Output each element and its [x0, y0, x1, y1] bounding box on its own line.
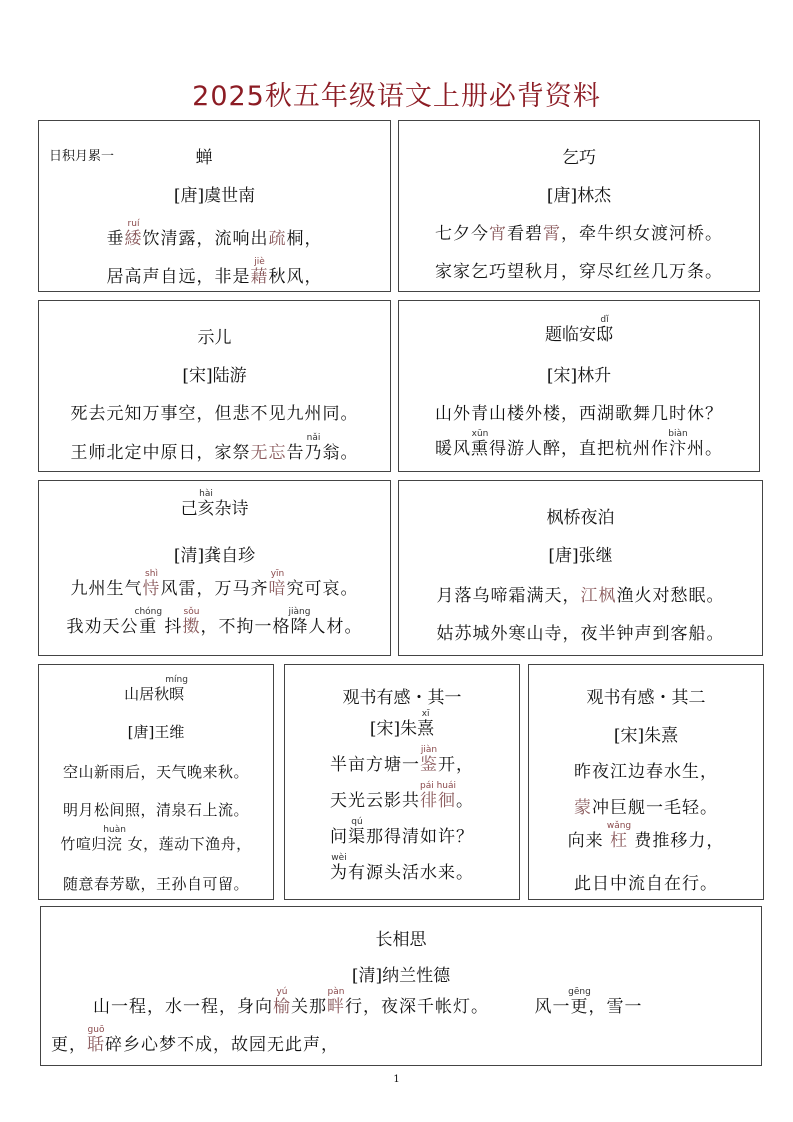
- text-segment: 向来: [568, 831, 610, 851]
- text-segment: 此日中流自在行。: [574, 874, 718, 894]
- page-title: 2025秋五年级语文上册必背资料: [0, 74, 793, 113]
- pinyin-annotated-char: 畔pàn: [327, 997, 345, 1017]
- text-segment: 月落乌啼霜满天，: [437, 586, 581, 606]
- pinyin-annotated-char: 为wèi: [330, 863, 348, 883]
- poem-card-shanjuqiuming: 山居秋暝míng [唐]王维 空山新雨后，天气晚来秋。 明月松间照，清泉石上流。…: [38, 664, 274, 900]
- text-segment: 开，: [438, 755, 474, 775]
- text-segment: 山居秋: [124, 685, 169, 703]
- text-segment: 问: [330, 827, 348, 847]
- highlighted-char: 无忘: [251, 443, 287, 463]
- poem-title: 乞巧: [399, 143, 759, 168]
- poem-card-fengqiaoyebo: 枫桥夜泊 [唐]张继 月落乌啼霜满天，江枫渔火对愁眠。 姑苏城外寒山寺，夜半钟声…: [398, 480, 763, 656]
- poem-card-tilinandi: 题临安邸dǐ [宋]林升 山外青山楼外楼，西湖歌舞几时休？ 暖风熏xūn得游人醉…: [398, 300, 760, 472]
- text-segment: ，牵牛织女渡河桥。: [561, 224, 723, 244]
- poem-line: 昨夜江边春水生，: [529, 757, 763, 782]
- text-segment: 家家乞巧望秋月，穿尽红丝几万条。: [435, 262, 723, 282]
- text-segment: ，不拘一格: [200, 617, 290, 637]
- text-segment: 风雷，万马齐: [161, 579, 269, 599]
- text-segment: 更，: [51, 1035, 87, 1055]
- poem-line: 为wèi有源头活水来。: [285, 853, 519, 883]
- text-segment: 王师北定中原日，家祭: [71, 443, 251, 463]
- pinyin-annotated-char: 枉wǎng: [610, 831, 628, 851]
- text-segment: 渔火对愁眠。: [617, 586, 725, 606]
- poem-line: 竹喧归浣huàn 女，莲动下渔舟，: [39, 825, 273, 854]
- text-segment: 翁。: [323, 443, 359, 463]
- poem-line: 问渠qú那得清如许？: [285, 817, 519, 847]
- poem-author: [宋]朱熹xī: [285, 709, 519, 739]
- pinyin-annotated-char: 降jiàng: [290, 617, 308, 637]
- text-segment: 杂诗: [215, 499, 249, 519]
- highlighted-char: 疏: [269, 229, 287, 249]
- poem-line: 我劝天公重chóng 抖擞sǒu，不拘一格降jiàng人材。: [39, 607, 390, 637]
- text-segment: 究可哀。: [287, 579, 359, 599]
- pinyin-annotated-char: 浣huàn: [107, 835, 123, 853]
- highlighted-char: 霄: [543, 224, 561, 244]
- text-segment: 半亩方塘一: [330, 755, 420, 775]
- poem-line: 垂緌ruí饮清露，流响出疏桐，: [39, 219, 390, 249]
- highlighted-char: 蒙: [574, 798, 592, 818]
- poem-line: 天光云影共徘徊pái huái。: [285, 781, 519, 811]
- poem-line: 九州生气恃shì风雷，万马齐喑yīn究可哀。: [39, 569, 390, 599]
- text-segment: 暖风: [435, 439, 471, 459]
- text-segment: 题临安: [545, 325, 596, 345]
- poem-author: [清]纳兰性德: [41, 961, 761, 986]
- poem-line: 居高声自远，非是藉jiè秋风，: [39, 257, 390, 287]
- pinyin-annotated-char: 擞sǒu: [182, 617, 200, 637]
- text-segment: 。: [456, 791, 474, 811]
- poem-line: 更，聒guō碎乡心梦不成，故园无此声，: [51, 1025, 339, 1055]
- poem-author: [唐]王维: [39, 721, 273, 742]
- text-segment: 空山新雨后，天气晚来秋。: [63, 763, 249, 781]
- text-segment: 州。: [687, 439, 723, 459]
- text-segment: 山外青山楼外楼，西湖歌舞几时休？: [435, 404, 723, 424]
- text-segment: 随意春芳歇，王孙自可留。: [63, 875, 249, 893]
- poem-title: 示儿: [39, 323, 390, 348]
- pinyin-annotated-char: 邸dǐ: [596, 325, 613, 345]
- text-segment: 抖: [158, 617, 182, 637]
- poem-line: 山外青山楼外楼，西湖歌舞几时休？: [399, 399, 759, 424]
- poem-line: 暖风熏xūn得游人醉，直把杭州作汴biàn州。: [399, 429, 759, 459]
- text-segment: 明月松间照，清泉石上流。: [63, 801, 249, 819]
- highlighted-char: 江枫: [581, 586, 617, 606]
- text-segment: 有源头活水来。: [348, 863, 474, 883]
- text-segment: 姑苏城外寒山寺，夜半钟声到客船。: [437, 624, 725, 644]
- text-segment: 昨夜江边春水生，: [574, 762, 718, 782]
- text-segment: 竹喧归: [60, 835, 107, 853]
- text-segment: 告: [287, 443, 305, 463]
- poem-line: 家家乞巧望秋月，穿尽红丝几万条。: [399, 257, 759, 282]
- pinyin-annotated-char: 恃shì: [143, 579, 161, 599]
- poem-title: 观书有感・其一: [285, 683, 519, 708]
- pinyin-annotated-char: 熹xī: [417, 719, 434, 739]
- text-segment: 关那: [291, 997, 327, 1017]
- pinyin-annotated-char: 重chóng: [139, 617, 159, 637]
- poem-card-jihaizashi: 己亥hài杂诗 [清]龚自珍 九州生气恃shì风雷，万马齐喑yīn究可哀。 我劝…: [38, 480, 391, 656]
- poem-author: [清]龚自珍: [39, 541, 390, 566]
- pinyin-annotated-char: 乃nǎi: [305, 443, 323, 463]
- pinyin-annotated-char: 榆yú: [273, 997, 291, 1017]
- text-segment: 得游人醉，直把杭州作: [489, 439, 669, 459]
- poem-author: [唐]张继: [399, 541, 762, 566]
- poem-line: 蒙冲巨舰一毛轻。: [529, 793, 763, 818]
- poem-title: 枫桥夜泊: [399, 503, 762, 528]
- text-segment: 我劝天公: [67, 617, 139, 637]
- poem-line: 空山新雨后，天气晚来秋。: [39, 761, 273, 782]
- pinyin-annotated-char: 熏xūn: [471, 439, 489, 459]
- text-segment: 七夕今: [435, 224, 489, 244]
- text-segment: 行，夜深千帐灯。 风一: [345, 997, 571, 1017]
- poem-card-qiqiao: 乞巧 [唐]林杰 七夕今宵看碧霄，牵牛织女渡河桥。 家家乞巧望秋月，穿尽红丝几万…: [398, 120, 760, 292]
- pinyin-annotated-char: 鉴jiàn: [420, 755, 438, 775]
- poem-title: 己亥hài杂诗: [39, 489, 390, 519]
- text-segment: 碎乡心梦不成，故园无此声，: [105, 1035, 339, 1055]
- pinyin-annotated-char: 渠qú: [348, 827, 366, 847]
- poem-title: 蝉: [39, 143, 369, 168]
- text-segment: 秋风，: [269, 267, 323, 287]
- poem-card-changxiangsi: 长相思 [清]纳兰性德 山一程，水一程，身向榆yú关那畔pàn行，夜深千帐灯。 …: [40, 906, 762, 1066]
- pinyin-annotated-char: 徘徊pái huái: [420, 791, 456, 811]
- poem-author: [宋]朱熹: [529, 721, 763, 746]
- pinyin-annotated-char: 喑yīn: [269, 579, 287, 599]
- poem-card-chan: 日积月累一 蝉 [唐]虞世南 垂緌ruí饮清露，流响出疏桐， 居高声自远，非是藉…: [38, 120, 391, 292]
- page-number: 1: [0, 1074, 793, 1085]
- poem-line: 七夕今宵看碧霄，牵牛织女渡河桥。: [399, 219, 759, 244]
- poem-line: 月落乌啼霜满天，江枫渔火对愁眠。: [399, 581, 762, 606]
- text-segment: 那得清如许？: [366, 827, 474, 847]
- text-segment: 人材。: [308, 617, 362, 637]
- text-segment: ，雪一: [589, 997, 643, 1017]
- poem-author: [宋]陆游: [39, 361, 390, 386]
- text-segment: 看碧: [507, 224, 543, 244]
- pinyin-annotated-char: 藉jiè: [251, 267, 269, 287]
- poem-author: [唐]林杰: [399, 181, 759, 206]
- text-segment: 桐，: [287, 229, 323, 249]
- poem-card-guanshu2: 观书有感・其二 [宋]朱熹 昨夜江边春水生， 蒙冲巨舰一毛轻。 向来 枉wǎng…: [528, 664, 764, 900]
- highlighted-char: 宵: [489, 224, 507, 244]
- pinyin-annotated-char: 緌ruí: [125, 229, 143, 249]
- text-segment: 居高声自远，非是: [107, 267, 251, 287]
- poem-author: [宋]林升: [399, 361, 759, 386]
- poem-line: 明月松间照，清泉石上流。: [39, 799, 273, 820]
- poem-line: 王师北定中原日，家祭无忘告乃nǎi翁。: [39, 433, 390, 463]
- poem-card-guanshu1: 观书有感・其一 [宋]朱熹xī 半亩方塘一鉴jiàn开， 天光云影共徘徊pái …: [284, 664, 520, 900]
- text-segment: 山一程，水一程，身向: [93, 997, 273, 1017]
- pinyin-annotated-char: 亥hài: [198, 499, 215, 519]
- poem-line: 向来 枉wǎng 费推移力，: [529, 821, 763, 851]
- poem-title: 长相思: [41, 925, 761, 950]
- pinyin-annotated-char: 暝míng: [169, 685, 188, 703]
- poem-line: 此日中流自在行。: [529, 869, 763, 894]
- text-segment: 冲巨舰一毛轻。: [592, 798, 718, 818]
- poem-author: [唐]虞世南: [39, 181, 390, 206]
- poem-line: 山一程，水一程，身向榆yú关那畔pàn行，夜深千帐灯。 风一更gēng，雪一: [93, 987, 643, 1017]
- pinyin-annotated-char: 更gēng: [571, 997, 589, 1017]
- poem-line: 姑苏城外寒山寺，夜半钟声到客船。: [399, 619, 762, 644]
- text-segment: 女，莲动下渔舟，: [122, 835, 251, 853]
- text-segment: 九州生气: [71, 579, 143, 599]
- poem-title: 题临安邸dǐ: [399, 315, 759, 345]
- text-segment: 垂: [107, 229, 125, 249]
- pinyin-annotated-char: 聒guō: [87, 1035, 105, 1055]
- poem-title: 观书有感・其二: [529, 683, 763, 708]
- text-segment: 饮清露，流响出: [143, 229, 269, 249]
- text-segment: 死去元知万事空，但悲不见九州同。: [71, 404, 359, 424]
- text-segment: 费推移力，: [628, 831, 724, 851]
- poem-line: 半亩方塘一鉴jiàn开，: [285, 745, 519, 775]
- poem-line: 随意春芳歇，王孙自可留。: [39, 873, 273, 894]
- text-segment: [宋]朱: [370, 719, 417, 739]
- poem-line: 死去元知万事空，但悲不见九州同。: [39, 399, 390, 424]
- poem-title: 山居秋暝míng: [39, 675, 273, 704]
- pinyin-annotated-char: 汴biàn: [669, 439, 687, 459]
- poem-card-shier: 示儿 [宋]陆游 死去元知万事空，但悲不见九州同。 王师北定中原日，家祭无忘告乃…: [38, 300, 391, 472]
- text-segment: 天光云影共: [330, 791, 420, 811]
- text-segment: 己: [181, 499, 198, 519]
